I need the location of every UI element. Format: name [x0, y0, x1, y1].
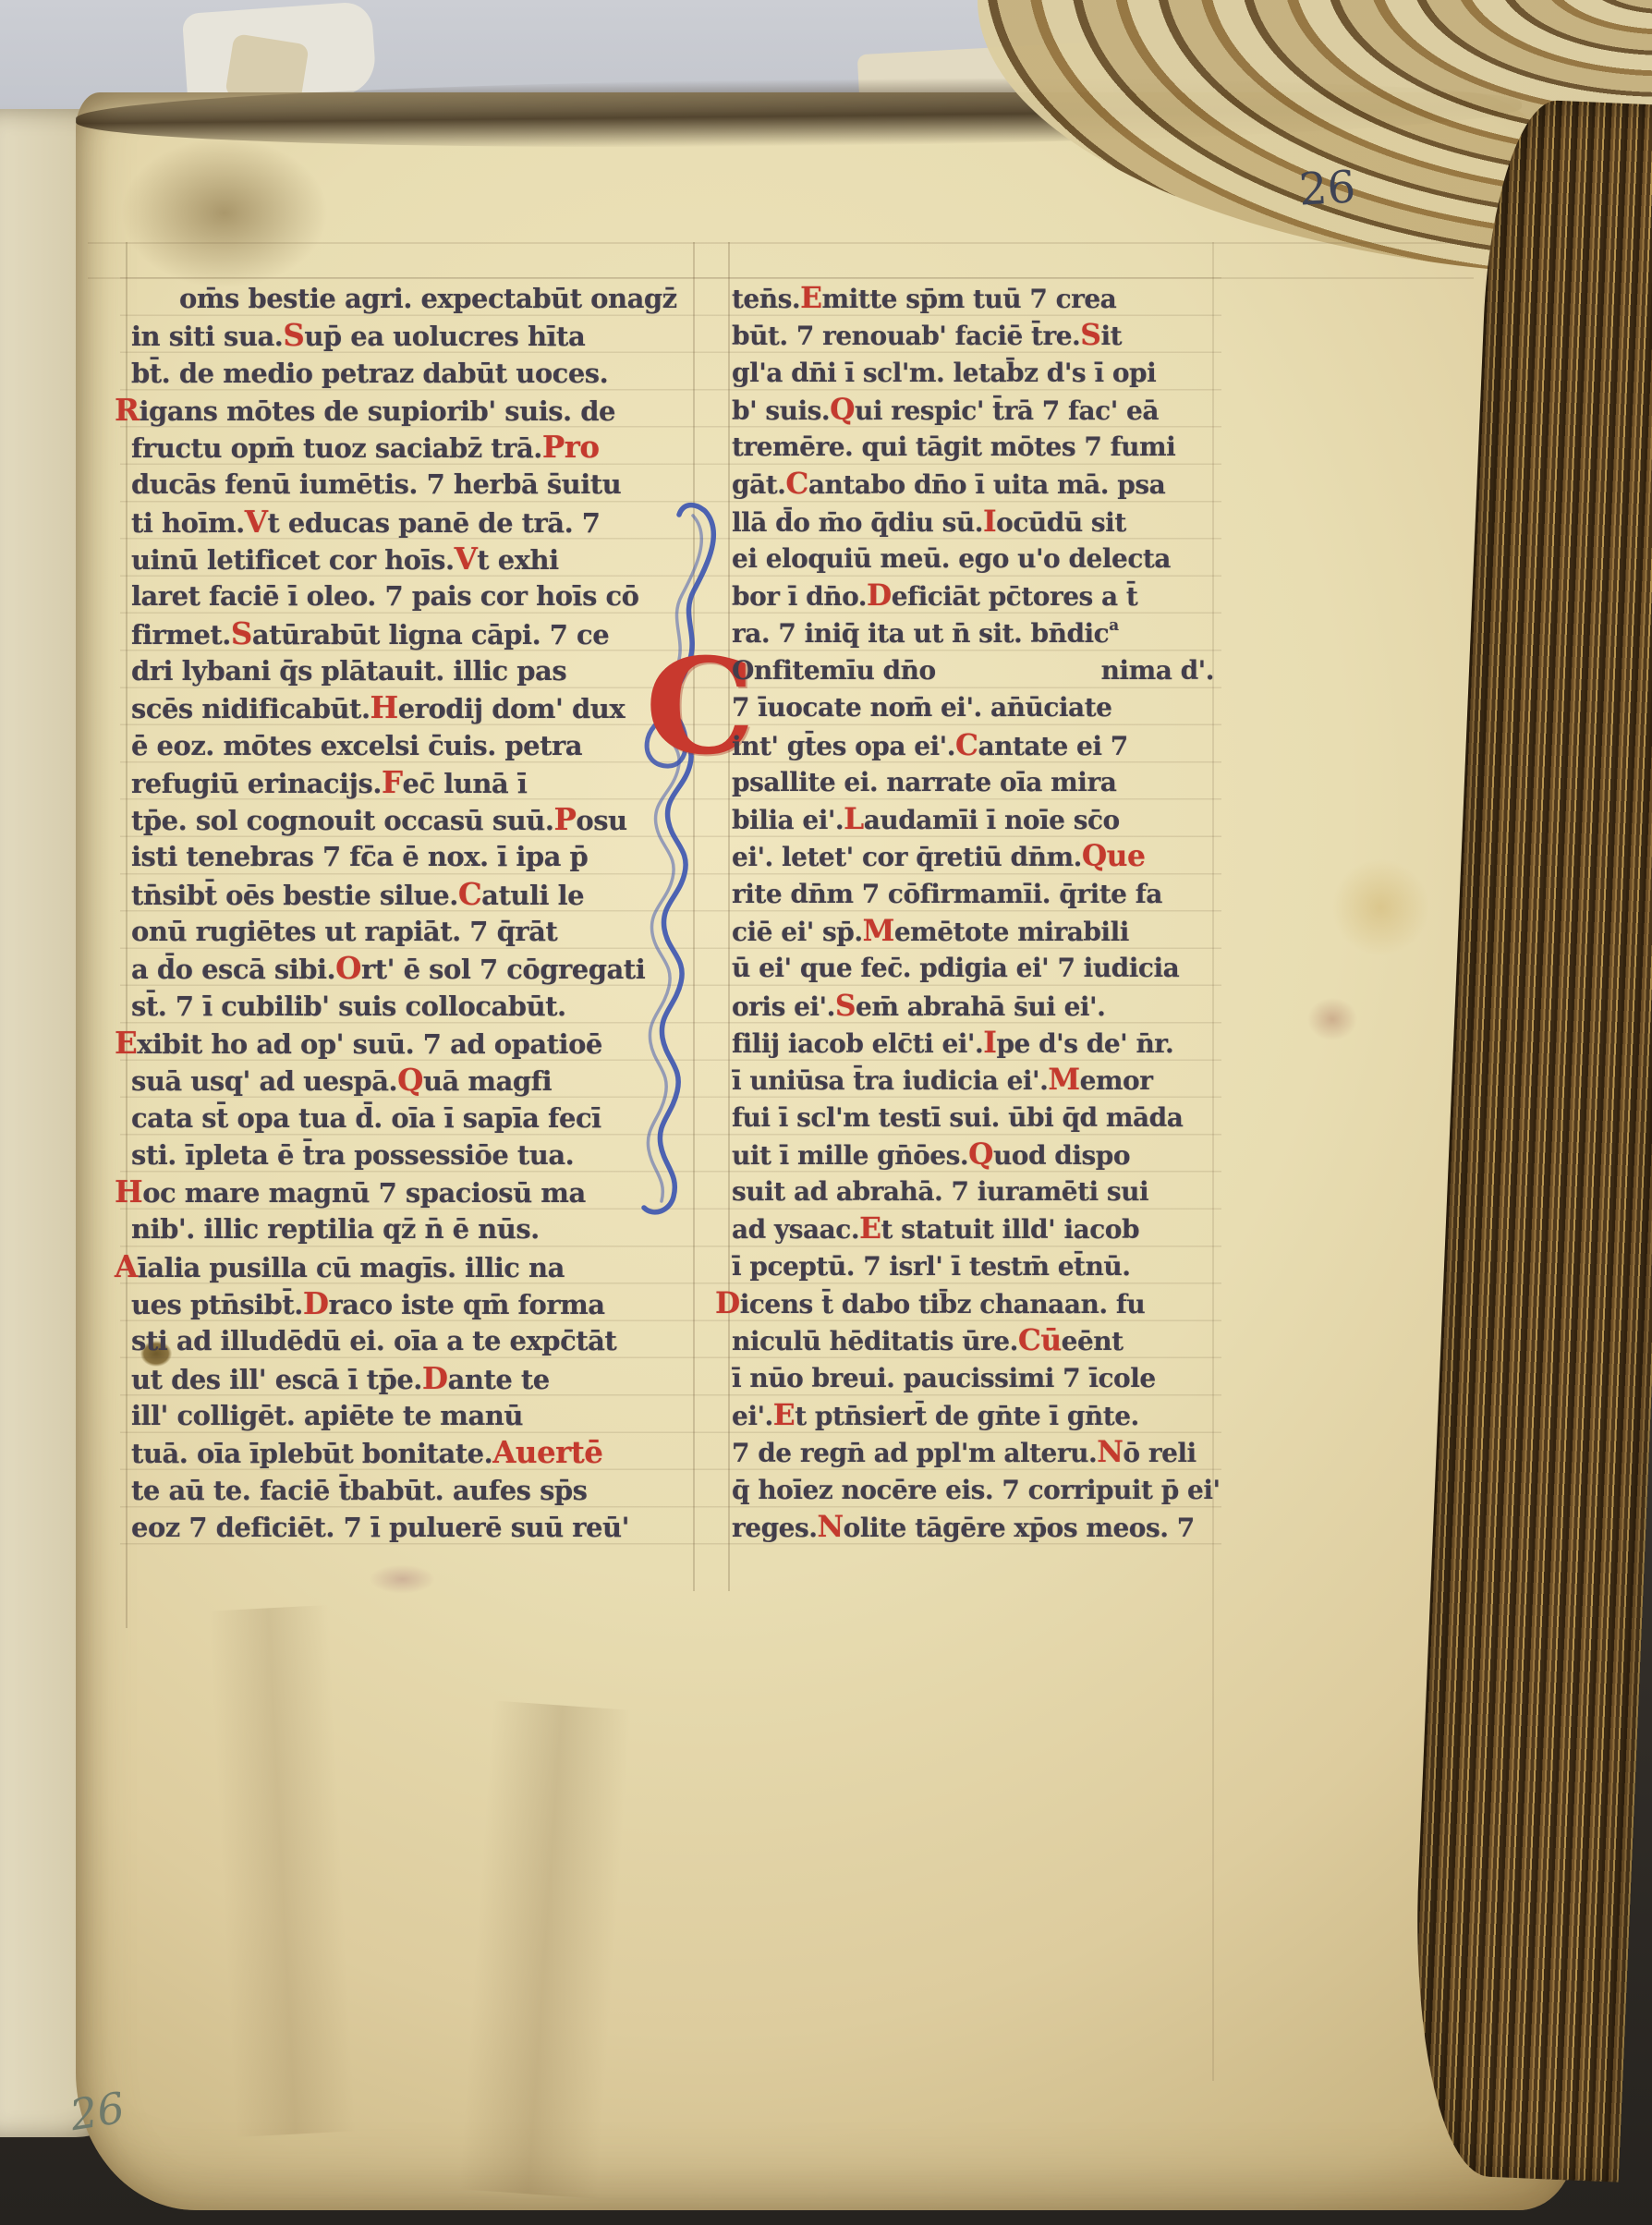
ink-text: ei eloquiū meū. ego u'o delecta	[732, 541, 1171, 578]
text-line: gl'a dn̄i ī scl'm. letab̄z d's ī opi	[732, 355, 1214, 392]
text-line: uit ī mille gn̄ōes. Quod dispo	[732, 1137, 1214, 1173]
text-line: scēs nidificabūt. Herodij dom' dux	[131, 689, 702, 726]
rubric-text: C	[458, 876, 481, 913]
text-line: Dicens t̄ dabo tib̄z chanaan. fu	[715, 1285, 1214, 1322]
ink-text: gāt.	[732, 467, 785, 504]
text-line: niculū hēditatis ūre. Cū eēnt	[732, 1322, 1214, 1359]
ink-text: st̄. 7 ī cubilib' suis collocabūt.	[131, 988, 566, 1025]
ink-text: eoz 7 deficiēt. 7 ī puluerē suū reū'	[131, 1509, 629, 1546]
ink-text: nib'. illic reptilia qz̄ n̄ ē nūs.	[131, 1210, 540, 1247]
text-line: rite dn̄m 7 cōfirmamīi. q̄rite fa	[732, 876, 1214, 913]
ink-text: suā usq' ad uespā.	[131, 1063, 397, 1100]
rubric-text: A	[115, 1248, 138, 1285]
text-line: Onfitemīu dn̄onima d'.	[732, 652, 1214, 689]
left-text-column: om̄s bestie agri. expectabūt onagz̄in si…	[131, 280, 702, 1546]
ink-text: ill' colligēt. apiēte te manū	[131, 1397, 523, 1434]
rubric-text: Q	[968, 1137, 993, 1173]
rubric-text: N	[817, 1509, 843, 1546]
ink-text: bilia ei'.	[732, 802, 844, 839]
rubric-text: H	[370, 689, 398, 726]
ink-text: ui respic' t̄rā 7 fac' eā	[855, 393, 1159, 430]
ink-text: oc mare magnū 7 spaciosū ma	[142, 1174, 586, 1211]
text-line: ra. 7 iniq̄ ita ut n̄ sit. bn̄dic a	[732, 615, 1214, 652]
ink-text: t exhi	[477, 541, 558, 578]
ink-text: raco iste qm̄ forma	[329, 1286, 605, 1323]
text-line: ten̄s. Emitte sp̄m tuū 7 crea	[732, 280, 1214, 317]
ink-text: tremēre. qui tāgit mōtes 7 fumi	[732, 429, 1175, 466]
text-line: laret faciē ī oleo. 7 pais cor hoīs cō	[131, 578, 702, 614]
rubric-text: I	[983, 1025, 996, 1062]
text-line: firmet. Satūrabūt ligna cāpi. 7 ce	[131, 615, 702, 652]
text-line: ī pceptū. 7 isrl' ī testm̄ et̄nū.	[732, 1248, 1214, 1285]
rubric-text: E	[859, 1210, 881, 1247]
text-line: nib'. illic reptilia qz̄ n̄ ē nūs.	[131, 1210, 702, 1247]
ink-text: oris ei'.	[732, 989, 835, 1026]
ink-text: it	[1100, 318, 1122, 355]
rubric-text: Pro	[542, 429, 600, 466]
rubric-text: O	[335, 950, 361, 987]
ink-text: igans mōtes de supiorib' suis. de	[139, 393, 614, 430]
ink-text: sti ad illudēdū ei. oīa a te expc̄tāt	[131, 1322, 616, 1359]
ink-text: ō reli	[1123, 1435, 1196, 1472]
text-line: 7 īuocate nom̄ ei'. an̄ūciate	[732, 689, 1214, 726]
ink-text: up̄ ea uolucres hīta	[304, 318, 585, 355]
ink-text: cata st̄ opa tua d̄. oīa ī sapīa fecī	[131, 1100, 601, 1137]
ink-text: bor ī dn̄o.	[732, 578, 867, 615]
ink-text: onū rugiētes ut rapiāt. 7 q̄rāt	[131, 913, 557, 950]
text-line: suit ad abrahā. 7 iuramēti sui	[732, 1173, 1214, 1210]
ink-text: icens t̄ dabo tib̄z chanaan. fu	[740, 1286, 1146, 1323]
manuscript-photo: C om̄s bestie agri. expectabūt onagz̄in …	[0, 0, 1652, 2225]
text-line: 7 de regn̄ ad ppl'm alteru. Nō reli	[732, 1434, 1214, 1471]
text-line: b' suis. Qui respic' t̄rā 7 fac' eā	[732, 392, 1214, 429]
text-line: ad ysaac. Et statuit illd' iacob	[732, 1210, 1214, 1247]
ink-text: bt̄. de medio petraz dabūt uoces.	[131, 355, 608, 392]
ink-text: niculū hēditatis ūre.	[732, 1323, 1018, 1360]
ink-text: 7 īuocate nom̄ ei'. an̄ūciate	[732, 689, 1111, 726]
ink-text: erodij dom' dux	[398, 690, 625, 727]
ink-text: 7 de regn̄ ad ppl'm alteru.	[732, 1435, 1097, 1472]
ink-text: ues ptn̄sibt̄.	[131, 1286, 303, 1323]
rubric-text: C	[955, 727, 978, 764]
ink-text: gl'a dn̄i ī scl'm. letab̄z d's ī opi	[732, 355, 1156, 392]
ink-text: ciē ei' sp̄.	[732, 914, 863, 951]
rubric-text: E	[115, 1025, 137, 1062]
ink-text: om̄s bestie agri. expectabūt onagz̄	[179, 280, 677, 317]
text-line: uinū letificet cor hoīs. Vt exhi	[131, 541, 702, 578]
ink-text: emētote mirabili	[894, 914, 1129, 951]
text-line: eoz 7 deficiēt. 7 ī puluerē suū reū'	[131, 1509, 702, 1546]
text-line: refugiū erinacijs. Fec̄ lunā ī	[131, 764, 702, 801]
ink-text: ē eoz. mōtes excelsi c̄uis. petra	[131, 727, 582, 764]
text-line: bt̄. de medio petraz dabūt uoces.	[131, 355, 702, 392]
rubric-text: V	[245, 504, 268, 541]
text-line: ei'. letet' cor q̄retiū dn̄m. Que	[732, 838, 1214, 875]
ink-text: nima d'.	[1101, 652, 1214, 689]
text-line: in siti sua. Sup̄ ea uolucres hīta	[131, 317, 702, 354]
ink-text: laret faciē ī oleo. 7 pais cor hoīs cō	[131, 578, 639, 614]
text-line: ut des ill' escā ī tp̄e. Dante te	[131, 1360, 702, 1397]
ink-text: ut des ill' escā ī tp̄e.	[131, 1361, 422, 1398]
ink-text: a	[1109, 617, 1118, 633]
ink-text: a d̄o escā sibi.	[131, 951, 335, 988]
text-line: suā usq' ad uespā. Quā magfi	[131, 1062, 702, 1099]
folio-number-top: 26	[1298, 161, 1357, 215]
ink-text: ū ei' que fec̄. pdigia ei' 7 iudicia	[732, 950, 1179, 987]
text-line: tp̄e. sol cognouit occasū suū. Posu	[131, 801, 702, 838]
rubric-text: M	[863, 913, 894, 950]
text-line: Hoc mare magnū 7 spaciosū ma	[115, 1173, 702, 1210]
rubric-text: Cū	[1018, 1322, 1062, 1359]
ink-text: emor	[1080, 1063, 1153, 1100]
ink-text: sti. īpleta ē t̄ra possessiōe tua.	[131, 1137, 574, 1173]
rubric-text: E	[773, 1397, 795, 1434]
text-line: llā d̄o m̄o q̄diu sū. Iocūdū sit	[732, 504, 1214, 541]
text-line: psallite ei. narrate oīa mira	[732, 764, 1214, 801]
ink-text: tp̄e. sol cognouit occasū suū.	[131, 802, 553, 839]
ink-text: būt. 7 renouab' faciē t̄re.	[732, 318, 1080, 355]
text-line: ducās fenū iumētis. 7 herbā s̄uitu	[131, 466, 702, 503]
rubric-text: L	[844, 801, 864, 838]
ink-text: ei'.	[732, 1398, 773, 1435]
ink-text: eficiāt pc̄tores a t̄	[892, 578, 1138, 615]
ink-text: atūrabūt ligna cāpi. 7 ce	[252, 616, 609, 653]
ink-text: ti hoīm.	[131, 505, 245, 541]
ink-text: ī uniūsa t̄ra iudicia ei'.	[732, 1063, 1048, 1100]
ink-text: osu	[576, 802, 626, 839]
text-line: Rigans mōtes de supiorib' suis. de	[115, 392, 702, 429]
text-line: tremēre. qui tāgit mōtes 7 fumi	[732, 429, 1214, 466]
ink-text: ei'. letet' cor q̄retiū dn̄m.	[732, 839, 1082, 876]
ink-text: isti tenebras 7 fc̄a ē nox. ī ipa p̄	[131, 838, 588, 875]
text-line: ū ei' que fec̄. pdigia ei' 7 iudicia	[732, 950, 1214, 987]
text-line: ī nūo breui. paucissimi 7 īcole	[732, 1360, 1214, 1397]
ink-text: refugiū erinacijs.	[131, 765, 382, 802]
rubric-text: D	[715, 1285, 740, 1322]
ink-text: em̄ abrahā s̄ui ei'.	[856, 989, 1105, 1026]
ink-text: eēnt	[1062, 1323, 1124, 1360]
rubric-text: Auertē	[492, 1434, 602, 1471]
ink-text: īalia pusilla cū magīs. illic na	[138, 1249, 565, 1286]
ink-text: firmet.	[131, 616, 231, 653]
rubric-text: S	[835, 988, 856, 1025]
rubric-text: R	[115, 392, 139, 429]
text-line: cata st̄ opa tua d̄. oīa ī sapīa fecī	[131, 1100, 702, 1137]
ink-text: dri lybani q̄s plātauit. illic pas	[131, 652, 566, 689]
rubric-text: H	[115, 1173, 142, 1210]
rubric-text: I	[983, 504, 996, 541]
text-line: tn̄sibt̄ oēs bestie silue. Catuli le	[131, 876, 702, 913]
right-text-column: ten̄s. Emitte sp̄m tuū 7 creabūt. 7 reno…	[732, 280, 1214, 1546]
rubric-text: F	[382, 764, 403, 801]
ink-text: suit ad abrahā. 7 iuramēti sui	[732, 1173, 1148, 1210]
rubric-text: M	[1048, 1062, 1079, 1099]
ink-text: ante te	[448, 1361, 550, 1398]
parchment-stain	[1299, 991, 1366, 1048]
rubric-text: Q	[830, 392, 855, 429]
ink-text: olite tāgēre xp̄os meos. 7	[844, 1510, 1195, 1547]
ink-text: atuli le	[481, 877, 584, 914]
text-line: reges. Nolite tāgēre xp̄os meos. 7	[732, 1509, 1214, 1546]
text-line: int' gt̄es opa ei'. Cantate ei 7	[732, 727, 1214, 764]
ink-text: ad ysaac.	[732, 1211, 859, 1248]
text-line: ues ptn̄sibt̄. Draco iste qm̄ forma	[131, 1285, 702, 1322]
text-line: bilia ei'. Laudamīi ī noīe sc̄o	[732, 801, 1214, 838]
text-line: sti. īpleta ē t̄ra possessiōe tua.	[131, 1137, 702, 1173]
ink-text: Onfitemīu dn̄o	[732, 652, 936, 689]
ink-text: xibit ho ad op' suū. 7 ad opatioē	[137, 1026, 602, 1063]
ink-text: rt' ē sol 7 cōgregati	[361, 951, 645, 988]
text-line: fui ī scl'm testī sui. ūbi q̄d māda	[732, 1100, 1214, 1137]
text-line: ciē ei' sp̄. Memētote mirabili	[732, 913, 1214, 950]
ink-text: int' gt̄es opa ei'.	[732, 728, 955, 765]
text-line: filij iacob elc̄ti ei'. Ipe d's de' n̄r.	[732, 1025, 1214, 1062]
parchment-stain	[1316, 843, 1445, 972]
text-line: ei'. Et ptn̄siert̄ de gn̄te ī gn̄te.	[732, 1397, 1214, 1434]
ink-text: ocūdū sit	[996, 505, 1126, 541]
ink-text: q̄ hoīez nocēre eis. 7 corripuit p̄ ei'	[732, 1472, 1221, 1509]
text-line: ē eoz. mōtes excelsi c̄uis. petra	[131, 727, 702, 764]
ink-text: filij iacob elc̄ti ei'.	[732, 1026, 983, 1063]
text-line: isti tenebras 7 fc̄a ē nox. ī ipa p̄	[131, 838, 702, 875]
text-line: onū rugiētes ut rapiāt. 7 q̄rāt	[131, 913, 702, 950]
ink-text: pe d's de' n̄r.	[996, 1026, 1173, 1063]
rubric-text: D	[303, 1285, 329, 1322]
rubric-text: S	[1080, 317, 1100, 354]
rubric-text: P	[553, 801, 576, 838]
text-line: Exibit ho ad op' suū. 7 ad opatioē	[115, 1025, 702, 1062]
ink-text: in siti sua.	[131, 318, 283, 355]
rubric-text: V	[455, 541, 478, 578]
ink-text: audamīi ī noīe sc̄o	[864, 802, 1120, 839]
ruling-line-horizontal	[88, 277, 1474, 279]
ink-text: ten̄s.	[732, 281, 800, 318]
ink-text: rite dn̄m 7 cōfirmamīi. q̄rite fa	[732, 876, 1162, 913]
rubric-text: Q	[397, 1062, 423, 1099]
ink-text: t educas panē de trā. 7	[267, 505, 600, 541]
text-line: oris ei'. Sem̄ abrahā s̄ui ei'.	[732, 988, 1214, 1025]
text-line: Aīalia pusilla cū magīs. illic na	[115, 1248, 702, 1285]
ink-text: fui ī scl'm testī sui. ūbi q̄d māda	[732, 1100, 1183, 1137]
ink-text: t statuit illd' iacob	[881, 1211, 1140, 1248]
ink-text: fructu opm̄ tuoz saciabz̄ trā.	[131, 430, 542, 467]
ink-text: uinū letificet cor hoīs.	[131, 541, 455, 578]
text-line: ei eloquiū meū. ego u'o delecta	[732, 541, 1214, 578]
ink-text: uod dispo	[993, 1137, 1130, 1174]
ruling-line-vertical	[126, 242, 128, 1628]
text-line: ī uniūsa t̄ra iudicia ei'. Memor	[732, 1062, 1214, 1099]
parchment-stain	[358, 1560, 446, 1599]
ink-text: ra. 7 iniq̄ ita ut n̄ sit. bn̄dic	[732, 615, 1109, 652]
text-line: om̄s bestie agri. expectabūt onagz̄	[131, 280, 702, 317]
ink-text: antate ei 7	[978, 728, 1127, 765]
ink-text: ducās fenū iumētis. 7 herbā s̄uitu	[131, 466, 621, 503]
ink-text: reges.	[732, 1510, 817, 1547]
text-line: gāt. Cantabo dn̄o ī uita mā. psa	[732, 466, 1214, 503]
ink-text: t ptn̄siert̄ de gn̄te ī gn̄te.	[795, 1398, 1139, 1435]
ink-text: psallite ei. narrate oīa mira	[732, 764, 1116, 801]
ink-text: uit ī mille gn̄ōes.	[732, 1137, 968, 1174]
rubric-text: S	[231, 615, 252, 652]
ink-text: ī nūo breui. paucissimi 7 īcole	[732, 1360, 1156, 1397]
folio-number-bottom: 26	[67, 2083, 128, 2140]
text-line: a d̄o escā sibi. Ort' ē sol 7 cōgregati	[131, 950, 702, 987]
ink-text: te aū te. faciē t̄babūt. aufes sp̄s	[131, 1472, 588, 1509]
text-line: ti hoīm. Vt educas panē de trā. 7	[131, 504, 702, 541]
rubric-text: D	[422, 1360, 448, 1397]
ink-text: mitte sp̄m tuū 7 crea	[822, 281, 1117, 318]
ink-text: scēs nidificabūt.	[131, 690, 370, 727]
rubric-text: Que	[1082, 838, 1146, 875]
ink-text: tn̄sibt̄ oēs bestie silue.	[131, 877, 458, 914]
ink-text: tuā. oīa īplebūt bonitate.	[131, 1435, 492, 1472]
text-line: būt. 7 renouab' faciē t̄re. Sit	[732, 317, 1214, 354]
rubric-text: N	[1097, 1434, 1123, 1471]
ink-text: ec̄ lunā ī	[403, 765, 528, 802]
ink-text: llā d̄o m̄o q̄diu sū.	[732, 505, 983, 541]
text-line: dri lybani q̄s plātauit. illic pas	[131, 652, 702, 689]
text-line: fructu opm̄ tuoz saciabz̄ trā. Pro	[131, 429, 702, 466]
ink-text: ī pceptū. 7 isrl' ī testm̄ et̄nū.	[732, 1248, 1130, 1285]
rubric-text: E	[800, 280, 821, 317]
text-line: te aū te. faciē t̄babūt. aufes sp̄s	[131, 1472, 702, 1509]
ink-text: antabo dn̄o ī uita mā. psa	[808, 467, 1165, 504]
rubric-text: S	[283, 317, 304, 354]
rubric-text: C	[785, 466, 808, 503]
text-line: q̄ hoīez nocēre eis. 7 corripuit p̄ ei'	[732, 1472, 1214, 1509]
text-line: st̄. 7 ī cubilib' suis collocabūt.	[131, 988, 702, 1025]
text-line: bor ī dn̄o. Deficiāt pc̄tores a t̄	[732, 578, 1214, 614]
text-line: tuā. oīa īplebūt bonitate. Auertē	[131, 1434, 702, 1471]
ink-text: uā magfi	[423, 1063, 552, 1100]
text-line: ill' colligēt. apiēte te manū	[131, 1397, 702, 1434]
ink-text: b' suis.	[732, 393, 830, 430]
text-line: sti ad illudēdū ei. oīa a te expc̄tāt	[131, 1322, 702, 1359]
ruling-line-horizontal	[88, 242, 1474, 244]
rubric-text: D	[867, 578, 892, 614]
